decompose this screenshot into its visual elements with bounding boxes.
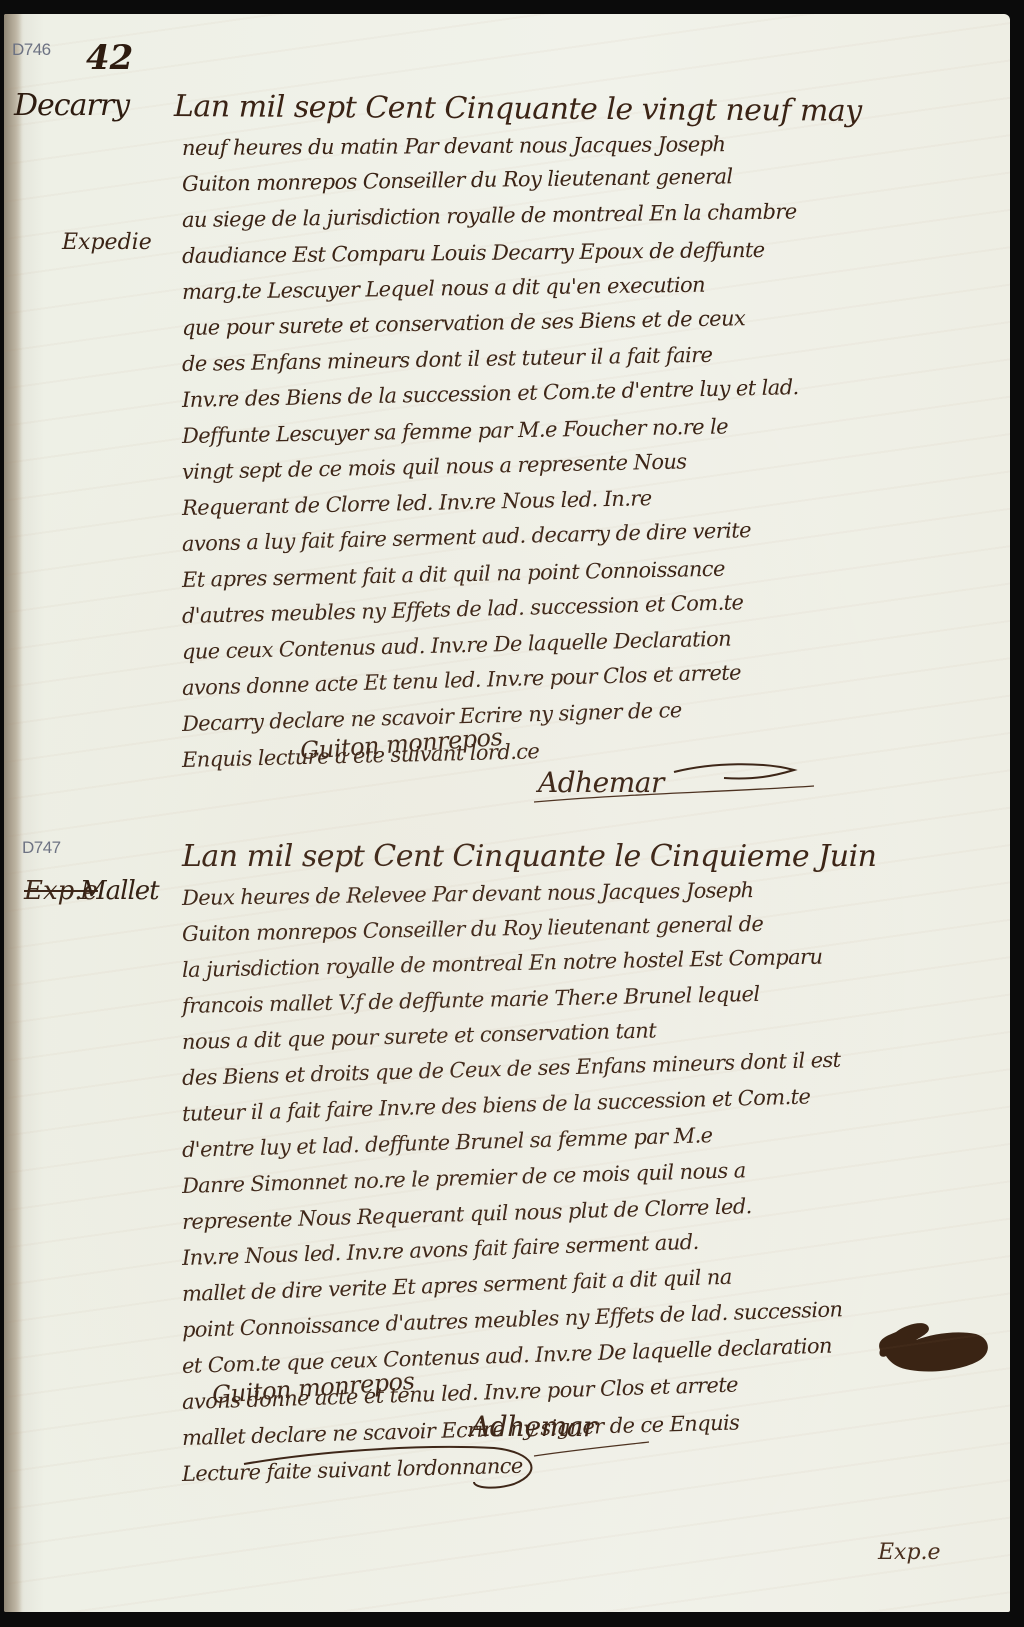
ink-blot-icon <box>872 1314 992 1376</box>
archive-reference-d747: D747 <box>22 838 61 858</box>
margin-note-expedie: Expedie <box>62 230 152 255</box>
archive-reference-d746: D746 <box>12 40 51 60</box>
manuscript-page: D746 42 Decarry Expedie Lan mil sept Cen… <box>4 14 1010 1612</box>
bottom-mark: Exp.e <box>878 1540 941 1565</box>
manuscript-scan: D746 42 Decarry Expedie Lan mil sept Cen… <box>0 0 1024 1627</box>
act-decarry: Lan mil sept Cent Cinquante le vingt neu… <box>182 84 982 778</box>
margin-name-mallet: Mallet <box>80 876 159 906</box>
signature-flourish-icon <box>524 756 824 816</box>
signature-flourish-icon <box>234 1432 654 1502</box>
margin-name-decarry: Decarry <box>14 88 129 123</box>
folio-number: 42 <box>86 38 133 78</box>
